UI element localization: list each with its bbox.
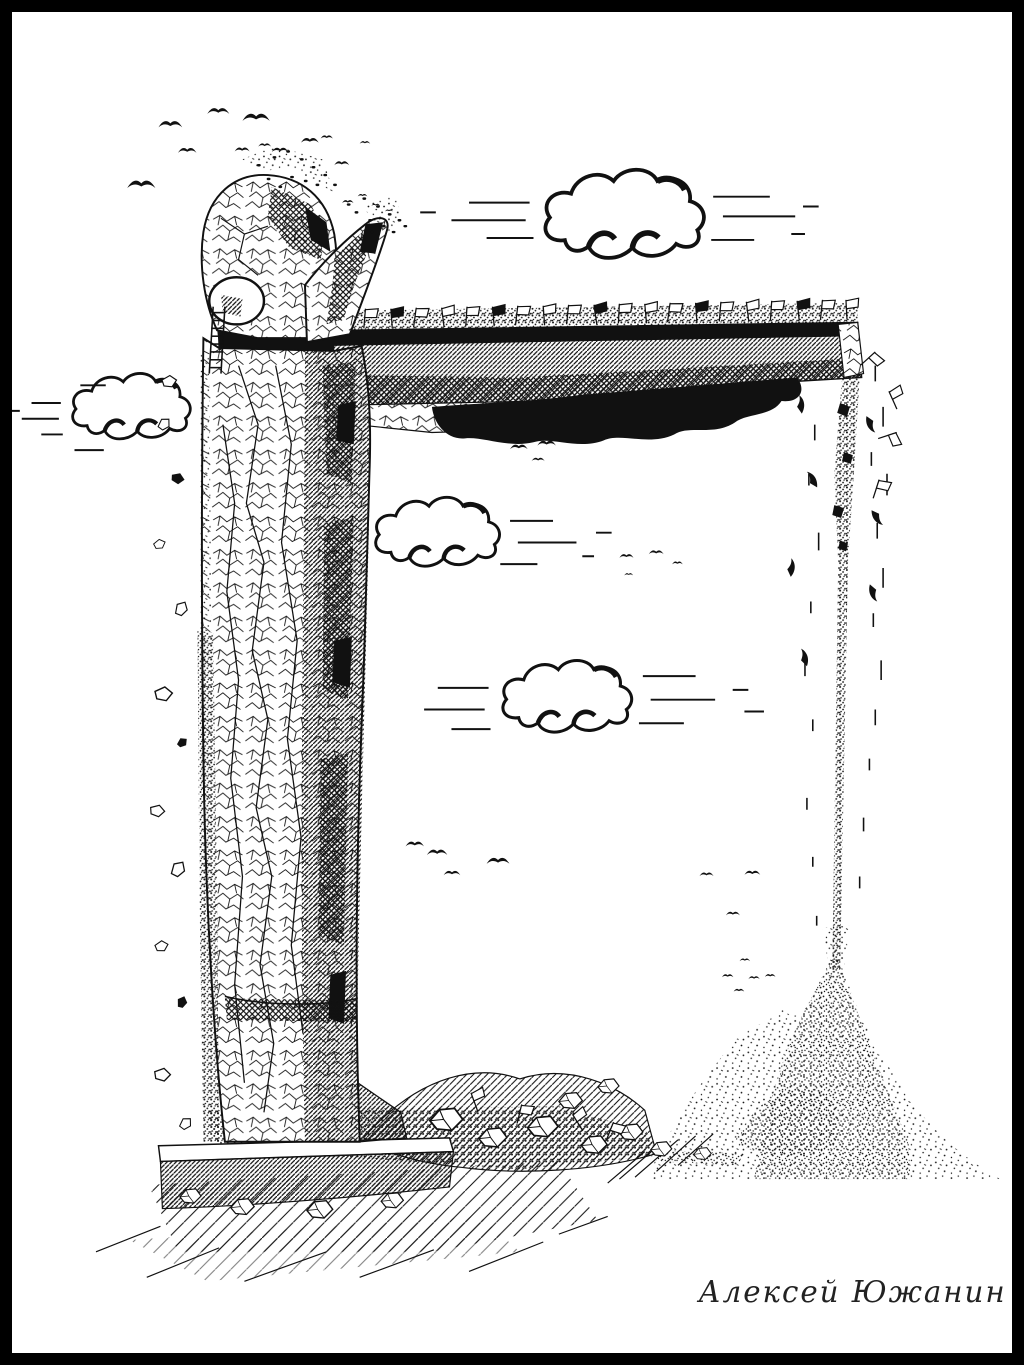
falling-dart-icon: [869, 584, 878, 602]
debris-chip-icon: [153, 539, 165, 550]
bird-icon: [321, 135, 333, 138]
bird-icon: [734, 989, 745, 992]
bird-icon: [258, 143, 271, 146]
boot: [358, 1083, 407, 1142]
bird-icon: [744, 871, 760, 875]
debris-chip-icon: [176, 737, 188, 748]
falling-dart-icon: [785, 558, 798, 577]
sand-swirl-dust: [823, 926, 850, 967]
debris-chip-icon: [174, 995, 189, 1010]
debris-chip-icon: [172, 600, 190, 617]
debris-chip-icon: [168, 860, 187, 878]
bird-icon: [510, 445, 528, 450]
left-edge-strip-upper: [200, 351, 212, 631]
bird-icon: [726, 912, 740, 916]
bird-icon: [444, 871, 461, 875]
bird-icon: [672, 562, 683, 565]
debris-chip-icon: [152, 1065, 171, 1084]
bird-icon: [487, 858, 510, 864]
bird-icon: [406, 842, 424, 847]
bird-icon: [358, 194, 368, 197]
cloud-speed-lines: [500, 521, 611, 564]
falling-dart-icon: [801, 649, 808, 667]
bird-icon: [532, 458, 545, 461]
bird-icon: [342, 200, 353, 203]
clouds: [12, 170, 819, 732]
bird-icon: [537, 441, 555, 446]
bird-icon: [334, 161, 349, 165]
ink-drawing: Алексей Южанин: [12, 12, 1012, 1353]
bird-icon: [624, 573, 633, 575]
bird-icon: [207, 108, 229, 114]
cloud-icon: [503, 660, 632, 732]
crumbling-strip-mid: [832, 562, 848, 970]
debris-chip-icon: [178, 1117, 193, 1130]
falling-flag-icon: [861, 351, 885, 374]
bird-icon: [722, 974, 733, 977]
bird-icon: [619, 554, 633, 558]
bird-icon: [748, 976, 759, 979]
cloud-icon: [545, 170, 704, 258]
coat-hem-shadow: [225, 998, 358, 1022]
bird-icon: [235, 148, 250, 152]
artist-signature: Алексей Южанин: [697, 1275, 1007, 1309]
bird-icon: [178, 148, 196, 153]
bird-icon: [242, 114, 269, 121]
bird-flock-right: [700, 871, 761, 916]
falling-flag-icon: [889, 385, 909, 409]
bird-icon: [740, 958, 751, 961]
bird-icon: [427, 850, 447, 855]
falling-flag-icon: [878, 432, 901, 451]
falling-dart-icon: [796, 395, 806, 414]
bird-trio-right: [619, 550, 682, 575]
crumbling-strip-upper: [834, 377, 859, 562]
bird-flock-above-pile: [722, 958, 776, 991]
bird-icon: [360, 141, 371, 144]
bird-flock-mid-sky: [406, 842, 510, 876]
debris-chip-icon: [153, 684, 174, 704]
artwork-frame: Алексей Южанин: [0, 0, 1024, 1365]
bird-icon: [765, 974, 776, 977]
falling-flag-icon: [873, 479, 891, 503]
flaking-debris: [148, 374, 193, 1131]
crumbling-statue: [148, 146, 407, 1142]
falling-dart-icon: [865, 415, 875, 434]
debris-chip-icon: [154, 939, 169, 952]
pedestal-and-ground: [96, 1073, 744, 1281]
debris-chip-icon: [169, 470, 186, 487]
bird-icon: [700, 872, 714, 876]
bird-icon: [127, 181, 155, 188]
bird-icon: [301, 138, 319, 143]
cloud-icon: [376, 497, 500, 566]
debris-chip-icon: [148, 802, 166, 820]
bird-icon: [649, 550, 664, 554]
dissolving-right-edge: [785, 351, 908, 970]
bird-icon: [158, 121, 182, 127]
